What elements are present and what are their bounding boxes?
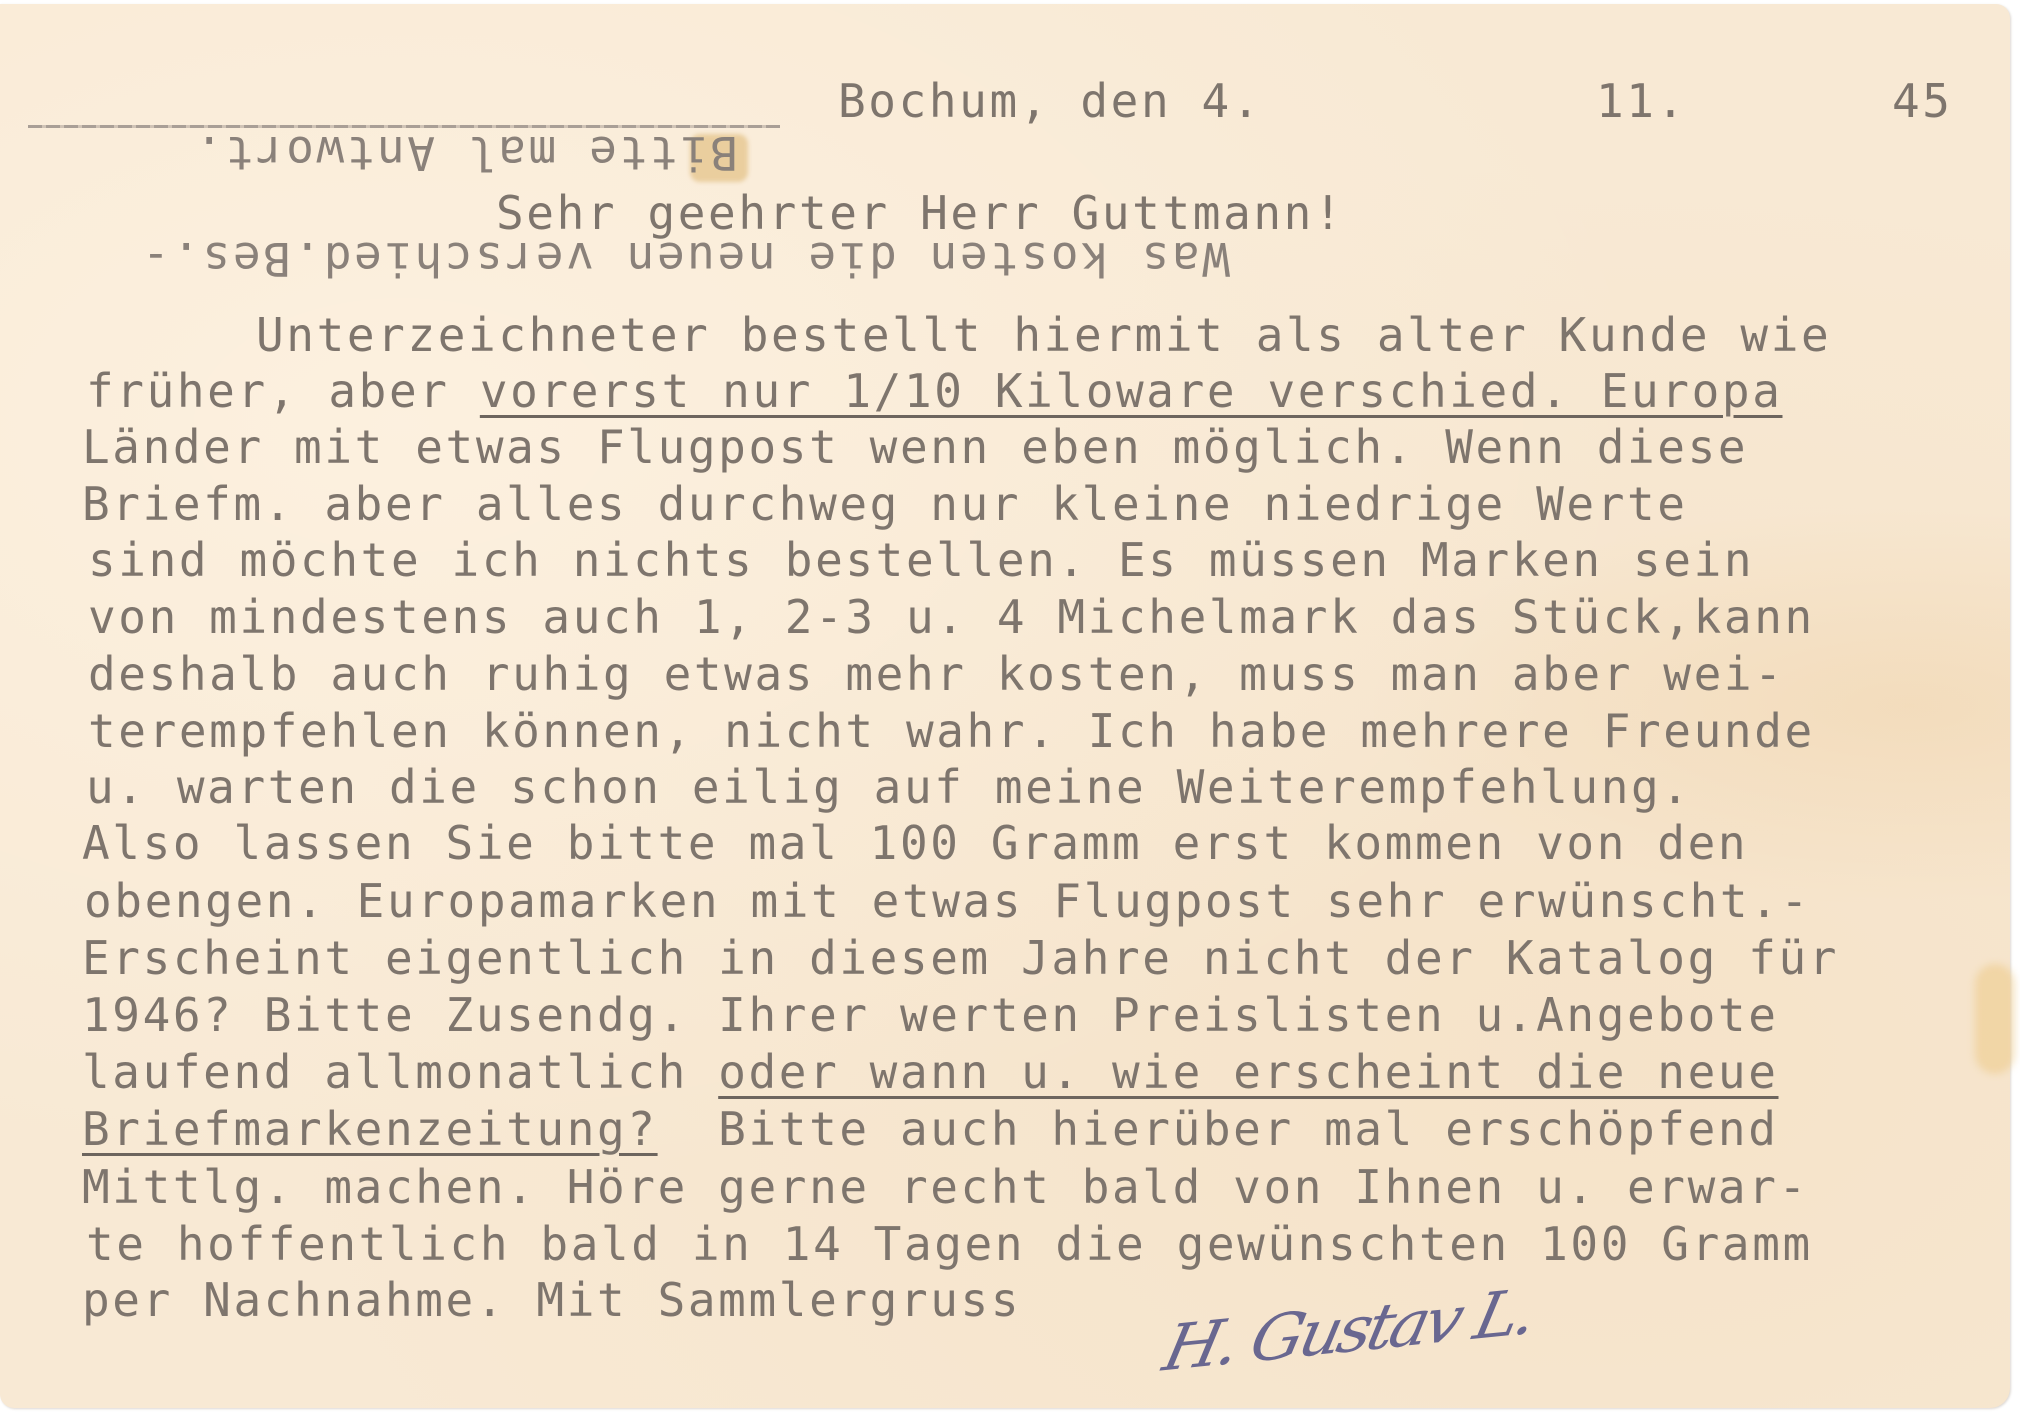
body-line: per Nachnahme. Mit Sammlergruss (82, 1277, 1021, 1323)
body-line: laufend allmonatlich oder wann u. wie er… (82, 1049, 1779, 1095)
handwritten-signature: H. Gustav L. (1170, 1294, 1630, 1414)
body-line: 1946? Bitte Zusendg. Ihrer werten Preisl… (82, 992, 1778, 1038)
underlined-text: oder wann u. wie erscheint die neue (718, 1045, 1778, 1099)
body-line: u. warten die schon eilig auf meine Weit… (86, 764, 1692, 810)
paper-stain (1975, 964, 2015, 1074)
body-text: laufend allmonatlich (82, 1045, 718, 1099)
body-line: deshalb auch ruhig etwas mehr kosten, mu… (88, 651, 1784, 697)
body-line: Mittlg. machen. Höre gerne recht bald vo… (82, 1164, 1809, 1210)
body-text: Bitte auch hierüber mal erschöpfend (658, 1102, 1779, 1156)
salutation: Sehr geehrter Herr Guttmann! (496, 190, 1344, 236)
place-date: Bochum, den 4. (838, 78, 1262, 124)
underlined-text: Briefmarkenzeitung? (82, 1102, 658, 1156)
body-line: Unterzeichneter bestellt hiermit als alt… (256, 312, 1831, 358)
body-line: Erscheint eigentlich in diesem Jahre nic… (82, 935, 1839, 981)
body-line: Also lassen Sie bitte mal 100 Gramm erst… (82, 820, 1748, 866)
date-month: 11. (1596, 78, 1687, 124)
body-line: früher, aber vorerst nur 1/10 Kiloware v… (86, 368, 1782, 414)
date-year: 45 (1892, 78, 1953, 124)
body-line: obengen. Europamarken mit etwas Flugpost… (84, 878, 1811, 924)
signature-text: H. Gustav L. (1157, 1276, 1540, 1387)
body-line: Länder mit etwas Flugpost wenn eben mögl… (82, 424, 1748, 470)
body-text: früher, aber (86, 364, 480, 418)
upside-down-note-line3: Bitte mal Antwort. (148, 130, 738, 176)
body-line: Briefmarkenzeitung? Bitte auch hierüber … (82, 1106, 1778, 1152)
postcard: Bochum, den 4. 11. 45 Was kosten die neu… (0, 4, 2010, 1408)
body-line: Briefm. aber alles durchweg nur kleine n… (82, 481, 1688, 527)
body-line: sind möchte ich nichts bestellen. Es müs… (88, 537, 1754, 583)
body-line: von mindestens auch 1, 2-3 u. 4 Michelma… (88, 594, 1815, 640)
body-line: te hoffentlich bald in 14 Tagen die gewü… (86, 1221, 1813, 1267)
body-line: terempfehlen können, nicht wahr. Ich hab… (88, 708, 1815, 754)
upside-down-note-line1: Was kosten die neuen verschied.Bes.- (0, 236, 1230, 282)
underlined-text: vorerst nur 1/10 Kiloware verschied. Eur… (480, 364, 1783, 418)
